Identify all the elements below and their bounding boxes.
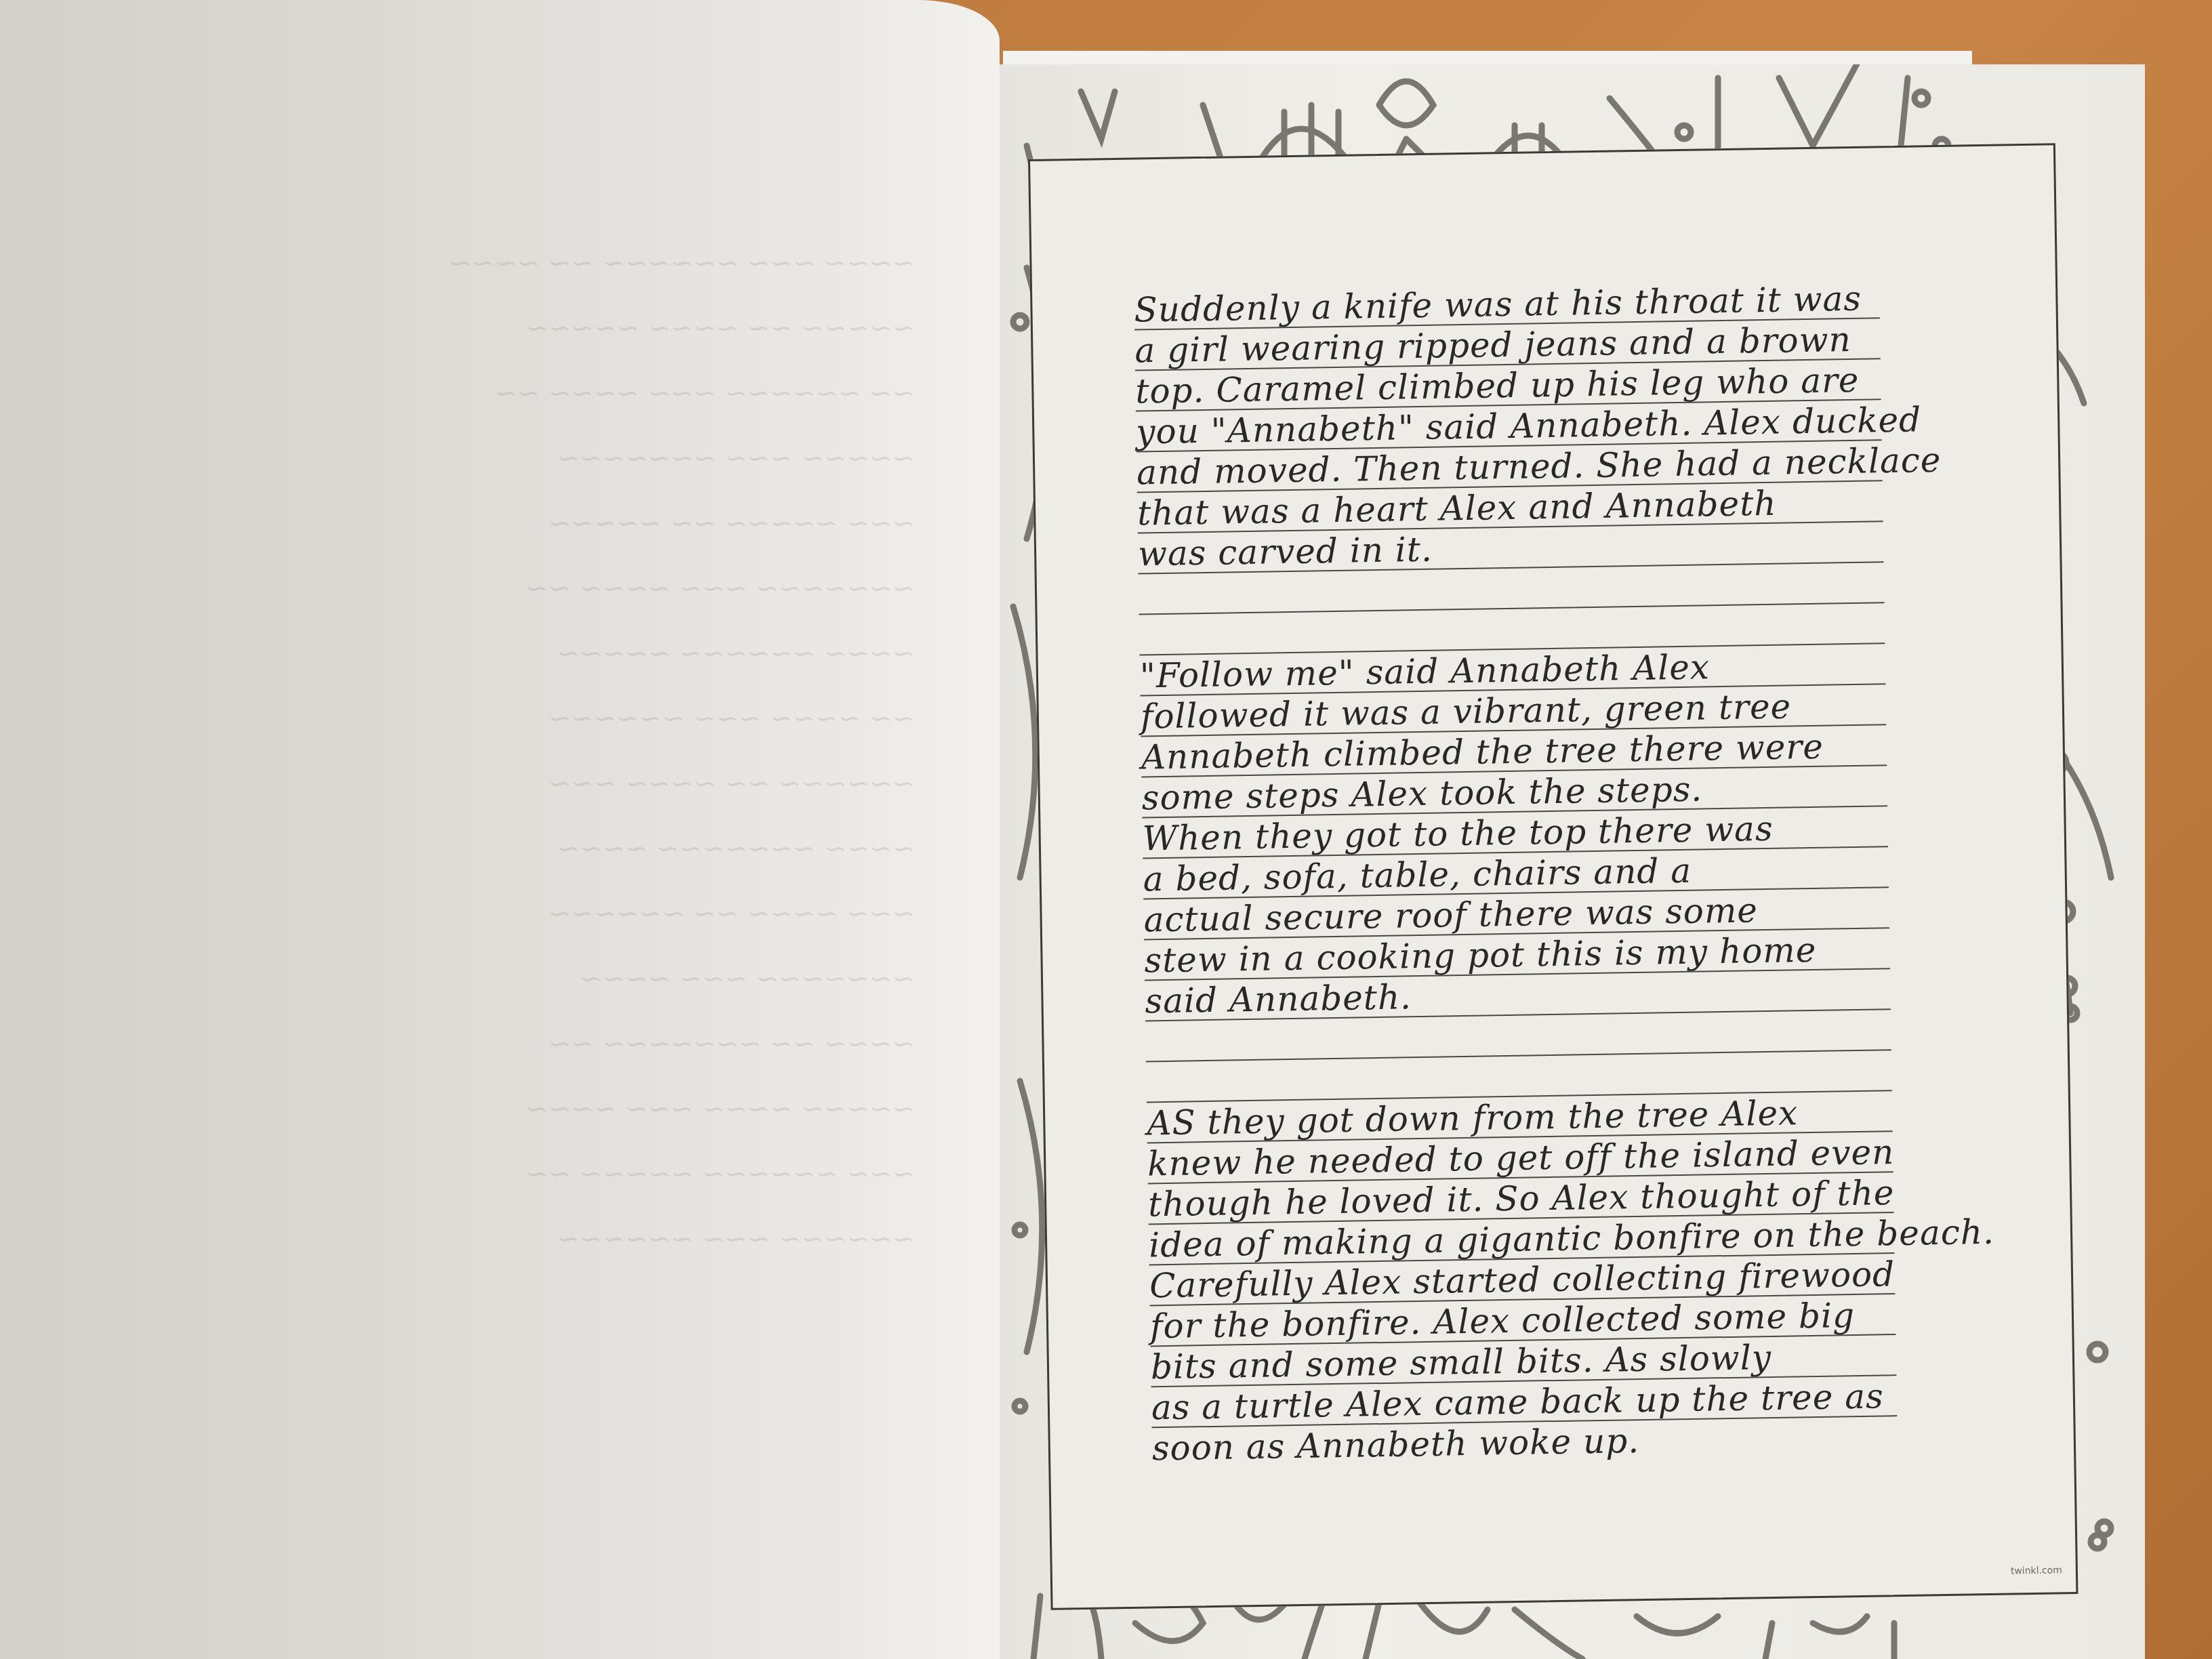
ruled-line: [1139, 602, 1885, 615]
ruled-line: [1146, 1049, 1891, 1062]
show-through-text: ~~~~ ~~~ ~~~~~~ ~~ ~~~~~~~~~ ~~ ~~~~ ~~~…: [102, 230, 915, 1271]
left-page-blank: ~~~~ ~~~ ~~~~~~ ~~ ~~~~~~~~~ ~~ ~~~~ ~~~…: [0, 0, 1000, 1659]
watermark: twinkl.com: [2011, 1565, 2062, 1576]
writing-area-frame: Suddenly a knife was at his throat it wa…: [1028, 143, 2078, 1610]
